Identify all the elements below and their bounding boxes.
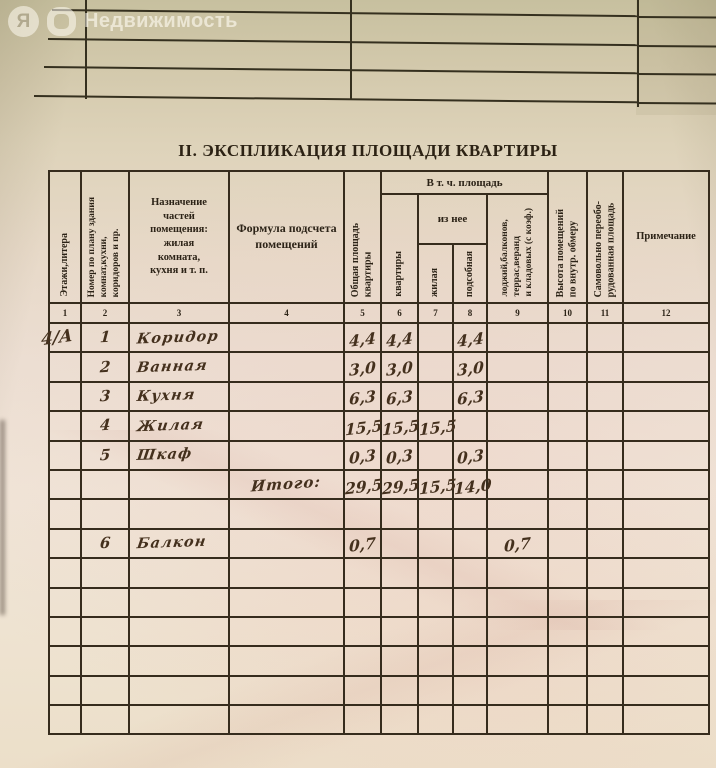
table-cell [418, 676, 453, 705]
table-cell: 3 [81, 382, 129, 411]
table-cell [81, 588, 129, 617]
table-cell [81, 558, 129, 587]
table-cell [623, 382, 709, 411]
column-number: 2 [81, 303, 129, 323]
table-cell [49, 382, 81, 411]
table-cell: 4/А [49, 323, 81, 352]
table-cell [453, 558, 487, 587]
handwritten-entry: 15,5 [419, 474, 457, 498]
table-cell [418, 441, 453, 470]
handwritten-entry: 4,4 [456, 328, 483, 350]
table-cell [81, 676, 129, 705]
table-cell [344, 558, 381, 587]
table-cell [229, 676, 344, 705]
table-cell [229, 499, 344, 528]
table-cell [623, 529, 709, 558]
table-cell [487, 411, 548, 440]
table-cell [381, 676, 418, 705]
header-total-area: Общая площадь квартиры [344, 171, 381, 303]
column-number: 4 [229, 303, 344, 323]
header-label: Этажи,литера [59, 233, 72, 297]
table-cell [453, 646, 487, 675]
table-cell [487, 382, 548, 411]
table-cell [381, 588, 418, 617]
table-cell [548, 470, 587, 499]
table-row [49, 558, 709, 587]
table-cell [129, 588, 229, 617]
table-cell [453, 411, 487, 440]
header-room-purpose: Назначение частей помещения: жилая комна… [129, 171, 229, 303]
table-cell [229, 323, 344, 352]
table-cell [418, 646, 453, 675]
table-cell [487, 558, 548, 587]
table-cell [49, 441, 81, 470]
table-cell [487, 499, 548, 528]
table-cell [344, 676, 381, 705]
table-cell [587, 529, 623, 558]
handwritten-entry: 0,3 [456, 446, 483, 468]
table-cell [129, 617, 229, 646]
table-cell [623, 558, 709, 587]
table-row: 4/А1Коридор4,44,44,4 [49, 323, 709, 352]
table-cell [548, 441, 587, 470]
table-cell [587, 470, 623, 499]
table-row [49, 705, 709, 734]
table-cell: 6,3 [381, 382, 418, 411]
handwritten-entry: 4 [99, 416, 111, 435]
table-cell [381, 499, 418, 528]
table-cell: 2 [81, 352, 129, 381]
table-cell [453, 529, 487, 558]
table-cell [548, 529, 587, 558]
table-cell [229, 529, 344, 558]
table-cell: 29,5 [344, 470, 381, 499]
table-cell [548, 558, 587, 587]
header-apartment-area: квартиры [381, 194, 418, 303]
table-cell [381, 617, 418, 646]
table-cell [487, 705, 548, 734]
column-number: 9 [487, 303, 548, 323]
table-cell [623, 646, 709, 675]
handwritten-entry: 3,0 [349, 357, 376, 379]
table-cell [129, 676, 229, 705]
table-cell [453, 588, 487, 617]
table-cell [418, 617, 453, 646]
table-cell [453, 499, 487, 528]
handwritten-entry: Жилая [136, 416, 205, 435]
table-cell [487, 617, 548, 646]
handwritten-entry: 15,5 [382, 415, 420, 439]
table-row [49, 676, 709, 705]
table-cell: 15,5 [418, 470, 453, 499]
table-cell: 0,3 [381, 441, 418, 470]
table-cell [418, 323, 453, 352]
header-label: Общая площадь квартиры [350, 223, 375, 297]
table-row: 2Ванная3,03,03,0 [49, 352, 709, 381]
column-number: 12 [623, 303, 709, 323]
header-unauthorized-area: Самовольно переобо- рудованная площадь [587, 171, 623, 303]
table-cell [623, 352, 709, 381]
table-cell [81, 617, 129, 646]
column-number: 6 [381, 303, 418, 323]
table-cell: 3,0 [453, 352, 487, 381]
handwritten-entry: 14,0 [454, 474, 492, 498]
table-cell [548, 676, 587, 705]
yandex-realty-watermark: Я Недвижимость [8, 6, 238, 37]
table-cell: 0,7 [487, 529, 548, 558]
table-cell [381, 529, 418, 558]
handwritten-entry: 29,5 [382, 474, 420, 498]
table-cell [487, 470, 548, 499]
table-cell [623, 470, 709, 499]
table-cell [49, 588, 81, 617]
handwritten-entry: Коридор [136, 327, 220, 347]
table-cell [129, 470, 229, 499]
table-cell [487, 676, 548, 705]
handwritten-entry: 0,7 [349, 534, 376, 556]
handwritten-entry: 6,3 [456, 387, 483, 409]
table-cell: 0,7 [344, 529, 381, 558]
table-cell [587, 323, 623, 352]
header-label: Номер по плану здания комнат,кухни, кори… [87, 197, 123, 297]
table-cell [229, 646, 344, 675]
table-cell: 15,5 [381, 411, 418, 440]
table-cell [344, 588, 381, 617]
column-number: 11 [587, 303, 623, 323]
header-label: жилая [429, 268, 442, 297]
table-row: 5Шкаф0,30,30,3 [49, 441, 709, 470]
table-cell: Итого: [229, 470, 344, 499]
table-cell [587, 705, 623, 734]
table-cell [587, 382, 623, 411]
table-cell [81, 705, 129, 734]
table-cell: 15,5 [344, 411, 381, 440]
column-number: 1 [49, 303, 81, 323]
table-cell [623, 411, 709, 440]
table-cell [623, 617, 709, 646]
table-cell: 4,4 [344, 323, 381, 352]
table-cell [229, 558, 344, 587]
table-cell: 29,5 [381, 470, 418, 499]
handwritten-entry: 4/А [41, 325, 73, 350]
handwritten-entry: 29,5 [345, 474, 383, 498]
table-cell [381, 646, 418, 675]
table-cell: 14,0 [453, 470, 487, 499]
handwritten-entry: Итого: [251, 473, 322, 496]
table-cell [49, 499, 81, 528]
table-cell [49, 646, 81, 675]
table-cell [129, 499, 229, 528]
header-label: Высота помещений по внутр. обмеру [555, 209, 580, 297]
handwritten-entry: 0,7 [504, 534, 531, 556]
brand-text: Недвижимость [84, 10, 238, 33]
table-cell: 0,3 [344, 441, 381, 470]
table-row: 6Балкон0,70,7 [49, 529, 709, 558]
table-cell: Балкон [129, 529, 229, 558]
brand-circle-icon: Я [8, 6, 39, 37]
column-number-row: 1 2 3 4 5 6 7 8 9 10 11 12 [49, 303, 709, 323]
photo-vignette [636, 0, 716, 115]
table-cell [453, 617, 487, 646]
handwritten-entry: 4,4 [386, 328, 413, 350]
handwritten-entry: 5 [99, 445, 111, 464]
table-row: Итого:29,529,515,514,0 [49, 470, 709, 499]
table-row: 3Кухня6,36,36,3 [49, 382, 709, 411]
handwritten-entry: 0,3 [386, 446, 413, 468]
table-cell [49, 617, 81, 646]
table-cell [623, 705, 709, 734]
table-cell [587, 588, 623, 617]
table-cell [587, 646, 623, 675]
document-photo: Я Недвижимость II. ЭКСПЛИКАЦИЯ ПЛОЩАДИ К… [0, 0, 716, 768]
header-label: подсобная [464, 251, 477, 297]
table-cell: 1 [81, 323, 129, 352]
table-cell [49, 558, 81, 587]
header-note: Примечание [623, 171, 709, 303]
handwritten-entry: 4,4 [349, 328, 376, 350]
header-label: квартиры [393, 251, 406, 297]
handwritten-entry: 6,3 [349, 387, 376, 409]
table-row [49, 588, 709, 617]
table-cell [548, 646, 587, 675]
table-cell [49, 352, 81, 381]
table-cell [548, 705, 587, 734]
table-cell [229, 617, 344, 646]
table-cell: 4 [81, 411, 129, 440]
table-row [49, 499, 709, 528]
table-cell [453, 705, 487, 734]
table-cell: 6,3 [453, 382, 487, 411]
table-cell [587, 617, 623, 646]
table-cell [548, 588, 587, 617]
table-cell: 4,4 [453, 323, 487, 352]
table-row [49, 617, 709, 646]
brand-ring-icon [47, 7, 76, 36]
table-cell [344, 646, 381, 675]
header-label: Самовольно переобо- рудованная площадь [593, 201, 618, 297]
handwritten-entry: Балкон [136, 533, 208, 553]
column-number: 5 [344, 303, 381, 323]
table-cell [548, 323, 587, 352]
table-cell: 15,5 [418, 411, 453, 440]
handwritten-entry: 1 [99, 328, 111, 347]
header-plan-number: Номер по плану здания комнат,кухни, кори… [81, 171, 129, 303]
handwritten-entry: Кухня [136, 386, 197, 405]
table-cell: 6,3 [344, 382, 381, 411]
table-cell [623, 499, 709, 528]
column-number: 7 [418, 303, 453, 323]
table-cell: 0,3 [453, 441, 487, 470]
table-cell [587, 411, 623, 440]
table-cell: Коридор [129, 323, 229, 352]
table-cell [229, 352, 344, 381]
table-cell [587, 499, 623, 528]
column-number: 8 [453, 303, 487, 323]
table-cell [229, 441, 344, 470]
table-cell [381, 705, 418, 734]
table-cell [229, 705, 344, 734]
header-label: лоджий,балконов, террас,веранд и кладовы… [500, 208, 536, 297]
table-cell [81, 470, 129, 499]
header-calc-formula: Формула подсчета помещений [229, 171, 344, 303]
column-number: 10 [548, 303, 587, 323]
handwritten-entry: 6,3 [386, 387, 413, 409]
table-cell [418, 705, 453, 734]
table-cell [129, 705, 229, 734]
table-cell: Шкаф [129, 441, 229, 470]
table-cell [418, 529, 453, 558]
handwritten-entry: Ванная [136, 357, 209, 377]
table-cell [418, 352, 453, 381]
table-cell [81, 499, 129, 528]
handwritten-entry: Шкаф [136, 445, 194, 464]
table-cell [548, 499, 587, 528]
table-cell [229, 588, 344, 617]
section-title: II. ЭКСПЛИКАЦИЯ ПЛОЩАДИ КВАРТИРЫ [10, 141, 716, 161]
header-floor-letter: Этажи,литера [49, 171, 81, 303]
table-cell [49, 676, 81, 705]
table-cell [548, 617, 587, 646]
table-cell [587, 676, 623, 705]
table-cell [129, 558, 229, 587]
table-row [49, 646, 709, 675]
table-cell: 6 [81, 529, 129, 558]
column-number: 3 [129, 303, 229, 323]
table-cell: Жилая [129, 411, 229, 440]
table-cell [229, 382, 344, 411]
handwritten-entry: 15,5 [345, 415, 383, 439]
table-cell [418, 558, 453, 587]
handwritten-entry: 6 [99, 533, 111, 552]
table-cell: 3,0 [344, 352, 381, 381]
table-cell [548, 382, 587, 411]
table-cell [49, 470, 81, 499]
table-row: 4Жилая15,515,515,5 [49, 411, 709, 440]
handwritten-entry: 3 [99, 387, 111, 406]
header-of-it-group: из нее [418, 194, 487, 244]
table-cell [587, 558, 623, 587]
table-cell [344, 705, 381, 734]
table-cell [487, 441, 548, 470]
table-cell [587, 441, 623, 470]
handwritten-entry: 3,0 [456, 357, 483, 379]
table-cell: 3,0 [381, 352, 418, 381]
table-cell [381, 558, 418, 587]
table-cell [49, 411, 81, 440]
header-auxiliary-area: подсобная [453, 244, 487, 303]
table-cell [487, 646, 548, 675]
table-cell [623, 323, 709, 352]
table-cell: 4,4 [381, 323, 418, 352]
header-balcony-area: лоджий,балконов, террас,веранд и кладовы… [487, 194, 548, 303]
header-incl-area-group: В т. ч. площадь [381, 171, 548, 194]
table-cell [49, 529, 81, 558]
table-cell [344, 617, 381, 646]
table-cell [344, 499, 381, 528]
table-cell [81, 646, 129, 675]
table-cell [548, 411, 587, 440]
handwritten-entry: 15,5 [419, 415, 457, 439]
table-cell [418, 499, 453, 528]
photo-edge-shadow [0, 420, 5, 615]
table-cell [548, 352, 587, 381]
explication-table: Этажи,литера Номер по плану здания комна… [48, 170, 710, 735]
explication-table-body: 4/А1Коридор4,44,44,42Ванная3,03,03,03Кух… [49, 323, 709, 734]
table-cell [418, 588, 453, 617]
table-cell [229, 411, 344, 440]
header-living-area: жилая [418, 244, 453, 303]
table-cell: Ванная [129, 352, 229, 381]
table-cell [453, 676, 487, 705]
table-cell: Кухня [129, 382, 229, 411]
header-room-height: Высота помещений по внутр. обмеру [548, 171, 587, 303]
table-cell [623, 441, 709, 470]
handwritten-entry: 0,3 [349, 446, 376, 468]
table-cell [487, 323, 548, 352]
table-cell [623, 676, 709, 705]
handwritten-entry: 2 [99, 357, 111, 376]
table-cell [487, 588, 548, 617]
table-cell: 5 [81, 441, 129, 470]
handwritten-entry: 3,0 [386, 357, 413, 379]
table-cell [487, 352, 548, 381]
table-cell [129, 646, 229, 675]
table-cell [623, 588, 709, 617]
table-cell [49, 705, 81, 734]
table-cell [418, 382, 453, 411]
table-cell [587, 352, 623, 381]
